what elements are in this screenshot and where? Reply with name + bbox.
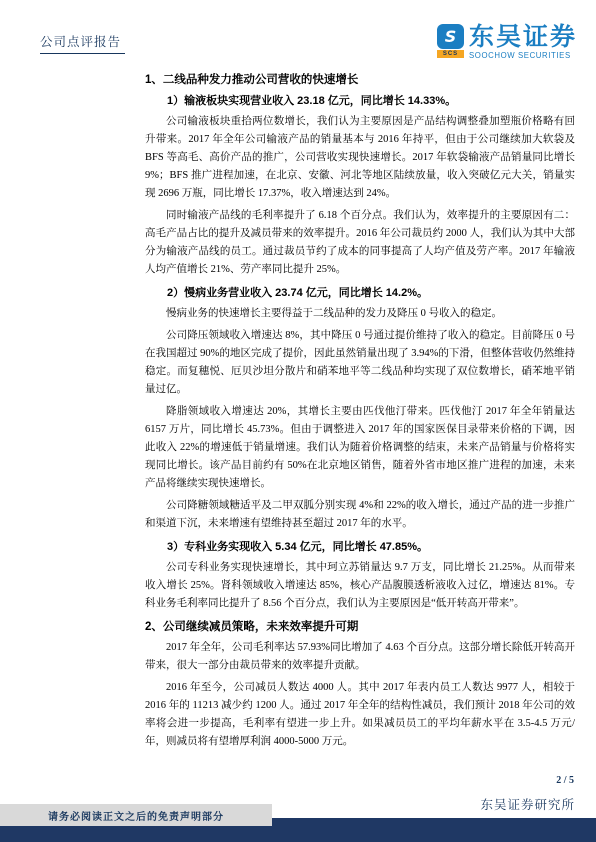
disclaimer-note: 请务必阅读正文之后的免责声明部分 [0, 804, 272, 826]
subsection-1-1-heading: 1）输液板块实现营业收入 23.18 亿元，同比增长 14.33%。 [145, 92, 575, 108]
paragraph: 同时输液产品线的毛利率提升了 6.18 个百分点。我们认为，效率提升的主要原因有… [145, 207, 575, 279]
logo-name-cn: 东吴证券 [469, 24, 577, 50]
logo-text-column: 东吴证券 SOOCHOW SECURITIES [469, 24, 577, 60]
report-body: 1、二线品种发力推动公司营收的快速增长 1）输液板块实现营业收入 23.18 亿… [145, 66, 575, 755]
paragraph: 2016 年至今，公司减员人数达 4000 人。其中 2017 年表内员工人数达… [145, 679, 575, 751]
page-number: 2 / 5 [556, 775, 574, 786]
soochow-swirl-icon: S [437, 24, 464, 49]
logo-scs-badge: SCS [437, 50, 464, 58]
paragraph: 慢病业务的快速增长主要得益于二线品种的发力及降压 0 号收入的稳定。 [145, 305, 575, 323]
paragraph: 公司降压领域收入增速达 8%，其中降压 0 号通过提价维持了收入的稳定。目前降压… [145, 327, 575, 399]
logo-name-en: SOOCHOW SECURITIES [469, 51, 577, 60]
paragraph: 公司输液板块重拾两位数增长，我们认为主要原因是产品结构调整叠加塑瓶价格略有回升带… [145, 113, 575, 203]
subsection-1-3-heading: 3）专科业务实现收入 5.34 亿元，同比增长 47.85%。 [145, 538, 575, 554]
section-2-heading: 2、公司继续减员策略，未来效率提升可期 [145, 618, 575, 634]
paragraph: 公司降糖领域糖适平及二甲双胍分别实现 4%和 22%的收入增长，通过产品的进一步… [145, 497, 575, 533]
report-type-label: 公司点评报告 [40, 32, 125, 54]
logo-icon-column: S SCS [437, 24, 464, 58]
paragraph: 公司专科业务实现快速增长，其中珂立苏销量达 9.7 万支，同比增长 21.25%… [145, 559, 575, 613]
section-1-heading: 1、二线品种发力推动公司营收的快速增长 [145, 71, 575, 87]
logo-icon-letter: S [445, 29, 457, 45]
research-institute: 东吴证券研究所 [480, 795, 575, 813]
report-page: 公司点评报告 S SCS 东吴证券 SOOCHOW SECURITIES 1、二… [0, 0, 596, 842]
paragraph: 降脂领域收入增速达 20%，其增长主要由匹伐他汀带来。匹伐他汀 2017 年全年… [145, 403, 575, 493]
soochow-securities-logo: S SCS 东吴证券 SOOCHOW SECURITIES [437, 24, 577, 60]
subsection-1-2-heading: 2）慢病业务营业收入 23.74 亿元，同比增长 14.2%。 [145, 284, 575, 300]
paragraph: 2017 年全年，公司毛利率达 57.93%同比增加了 4.63 个百分点。这部… [145, 639, 575, 675]
